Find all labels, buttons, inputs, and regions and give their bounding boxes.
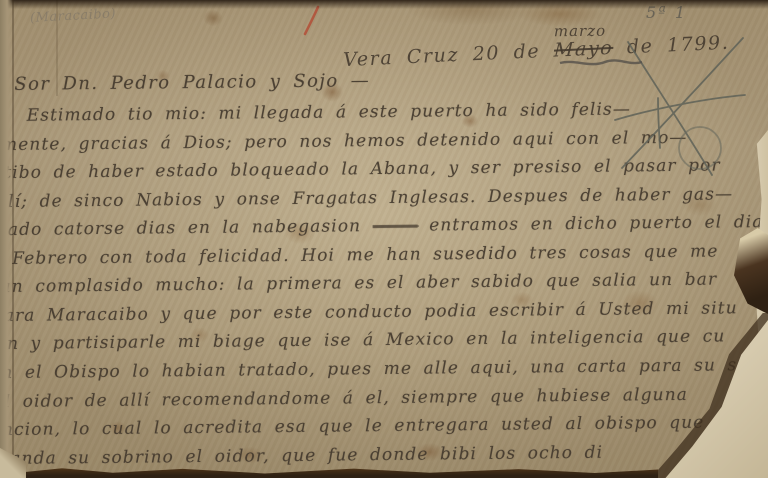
line-text: mente, gracias á Dios; pero nos hemos de… (1, 128, 688, 155)
letter-line: ncion, lo cual lo acredita esa que le en… (2, 413, 705, 440)
dateline-place-day: Vera Cruz 20 de (343, 40, 555, 72)
letter-line: ara Maracaibo y que por este conducto po… (4, 298, 738, 326)
line-text: l oidor de allí recomendandome á el, sie… (5, 385, 688, 412)
letter-line: Estimado tio mio: mi llegada á este puer… (27, 99, 631, 125)
line-text: tado catorse dias en la nabegasion (0, 216, 373, 240)
letter-line: n el Obispo lo habian tratado, pues me a… (1, 355, 768, 383)
dateline: Vera Cruz 20 de Mayo de 1799. (343, 32, 730, 72)
letter-line: an complasido mucho: la primera es el ab… (0, 270, 717, 298)
letter-line: tado catorse dias en la nabegasion ——— e… (0, 212, 768, 240)
line-text: Febrero con toda felicidad. Hoi me han s… (12, 241, 719, 268)
letter-text: Vera Cruz 20 de Mayo de 1799. marzo Sor … (0, 0, 768, 478)
line-text: an complasido mucho: la primera es el ab… (0, 270, 717, 298)
inserted-month-correction: marzo (554, 22, 606, 41)
dateline-year: de 1799. (613, 32, 730, 59)
scan-edge-top (0, 0, 768, 9)
line-text: llí; de sinco Nabios y onse Fragatas Ing… (1, 184, 733, 212)
letter-line: l oidor de allí recomendandome á el, sie… (5, 385, 688, 412)
letter-line: llí; de sinco Nabios y onse Fragatas Ing… (1, 184, 733, 212)
letter-line: tibo de haber estado bloqueado la Abana,… (4, 155, 721, 183)
line-text: n y partisiparle mi biage que ise á Mexi… (7, 326, 726, 354)
letter-line: mente, gracias á Dios; pero nos hemos de… (1, 128, 688, 155)
letter-line: anda su sobrino el oidor, que fue donde … (10, 443, 603, 469)
line-text: n el Obispo lo habian tratado, pues me a… (1, 355, 768, 383)
left-crease-line (12, 0, 14, 478)
line-text: Estimado tio mio: mi llegada á este puer… (27, 99, 631, 125)
letter-scan: (Maracaibo) 5ª 1 Vera Cruz 20 de Mayo de… (0, 0, 768, 478)
line-text: ncion, lo cual lo acredita esa que le en… (2, 413, 705, 440)
scribbled-out-word: ——— (373, 216, 418, 236)
letter-line: n y partisiparle mi biage que ise á Mexi… (7, 326, 726, 354)
letter-line: Febrero con toda felicidad. Hoi me han s… (12, 241, 719, 268)
fold-crease-line (56, 0, 58, 96)
line-text: entramos en dicho puerto el dia dos (418, 212, 768, 236)
line-text: tibo de haber estado bloqueado la Abana,… (4, 155, 721, 183)
line-text: anda su sobrino el oidor, que fue donde … (10, 443, 603, 469)
salutation: Sor Dn. Pedro Palacio y Sojo — (14, 70, 370, 95)
line-text: ara Maracaibo y que por este conducto po… (4, 298, 738, 326)
struck-month: Mayo (553, 37, 614, 62)
